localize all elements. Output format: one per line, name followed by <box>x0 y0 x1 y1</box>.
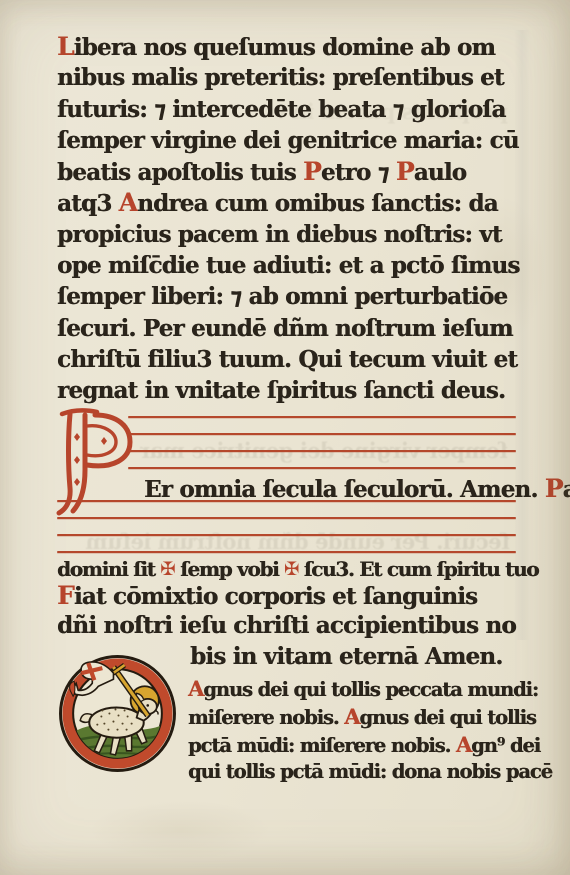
manuscript-page: propicius pacem in diebus noſtris: vt ſe… <box>0 0 570 875</box>
body-line: regnat in vnitate ſpiritus ſancti deus. <box>57 375 519 406</box>
body-line: beatis apoſtolis tuis Petro ⁊ Paulo <box>57 156 519 187</box>
agnus-dei-line: miſerere nobis. Agnus dei qui tollis <box>188 704 536 729</box>
body-line: futuris: ⁊ intercedēte beata ⁊ glorioſa <box>57 94 519 125</box>
agnus-dei-miniature <box>57 653 178 774</box>
body-line: propicius pacem in diebus noſtris: vt <box>57 219 519 250</box>
rubricated-initial: F <box>57 581 74 610</box>
music-staff-line <box>57 534 516 536</box>
music-staff-line <box>128 433 516 435</box>
fiat-commixtio-line: Fiat cōmixtio corporis et ſanguinis <box>57 581 477 610</box>
rubricated-initial: A <box>188 676 203 701</box>
agnus-dei-line: qui tollis pctā mūdi: dona nobis pacē <box>188 760 552 783</box>
rubricated-initial: L <box>57 32 74 61</box>
body-line: atq3 Andrea cum omibus ſanctis: da <box>57 187 519 218</box>
music-staff-line <box>128 467 516 469</box>
body-line: Libera nos queſumus domine ab om <box>57 31 519 62</box>
rubricated-initial: A <box>119 188 137 217</box>
rubricated-initial: A <box>456 732 471 757</box>
music-staff-line <box>57 551 516 553</box>
maltese-cross-icon: ✠ <box>160 559 174 580</box>
body-line: ſemper liberi: ⁊ ab omni perturbatiōe <box>57 281 519 312</box>
rubricated-initial: P <box>396 157 414 186</box>
body-line: ſemper virgine dei genitrice maria: cū <box>57 125 519 156</box>
music-staff-line <box>57 517 516 519</box>
music-staff-line <box>128 416 516 418</box>
paper-stain <box>90 800 270 860</box>
agnus-dei-line: Agnus dei qui tollis peccata mundi: <box>188 676 538 701</box>
prayer-libera-nos: Libera nos queſumus domine ab om nibus m… <box>57 31 519 407</box>
chant-line-per-omnia: Er omnia ſecula ſeculorū. Amen. Pax ✠ <box>144 474 570 503</box>
body-line: ſecuri. Per eundē dñm noſtrum ieſum <box>57 313 519 344</box>
fiat-commixtio-line: bis in vitam eternā Amen. <box>190 643 502 670</box>
rubricated-initial: P <box>545 474 563 503</box>
agnus-dei-line: pctā mūdi: miſerere nobis. Agn⁹ dei <box>188 732 540 757</box>
body-line: ope miſc̄die tue adiuti: et a pctō ſimus <box>57 250 519 281</box>
rubricated-initial: A <box>344 704 359 729</box>
body-line: nibus malis preteritis: preſentibus et <box>57 62 519 93</box>
maltese-cross-icon: ✠ <box>284 559 298 580</box>
music-staff-line <box>128 450 516 452</box>
rubricated-initial: P <box>303 157 321 186</box>
versicle-pax-domini: domini ſit ✠ ſemp vobi ✠ ſcu3. Et cum ſp… <box>57 557 538 581</box>
body-line: chriſtū filiu3 tuum. Qui tecum viuit et <box>57 344 519 375</box>
fiat-commixtio-line: dñi noſtri ieſu chriſti accipientibus no <box>57 612 516 639</box>
music-staff-line <box>57 500 516 502</box>
